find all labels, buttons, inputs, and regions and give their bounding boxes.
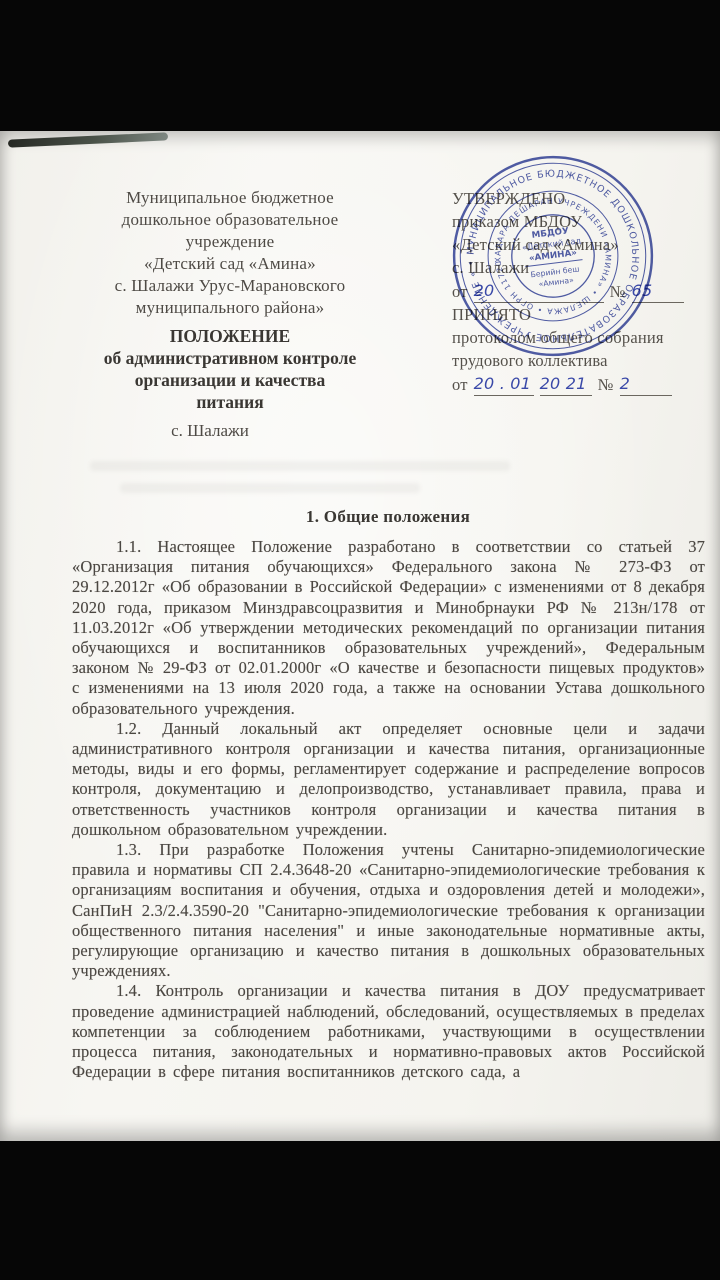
- document-title-line: об административном контроле: [72, 347, 388, 369]
- org-name-line: муниципального района»: [72, 297, 388, 319]
- from-label: от: [452, 373, 468, 396]
- document-title-line: питания: [72, 391, 388, 413]
- document-title: ПОЛОЖЕНИЕ об административном контроле о…: [72, 325, 388, 413]
- ink-bleed-artifact: [120, 483, 420, 493]
- place-line: с. Шалажи: [52, 421, 368, 441]
- paper-page: Муниципальное бюджетное дошкольное образ…: [0, 131, 720, 1141]
- handwritten-protocol-date: 20 . 01: [474, 372, 534, 396]
- protocol-date-line: от 20 . 01 20 21 № 2: [452, 372, 714, 396]
- org-name-block: Муниципальное бюджетное дошкольное образ…: [72, 187, 388, 319]
- body-paragraph: 1.2. Данный локальный акт определяет осн…: [72, 719, 705, 840]
- org-name-line: с. Шалажи Урус-Марановского: [72, 275, 388, 297]
- pen-edge-artifact: [8, 132, 168, 147]
- body-paragraph: 1.3. При разработке Положения учтены Сан…: [72, 840, 705, 981]
- number-sign: №: [598, 373, 614, 396]
- document-title-line: организации и качества: [72, 369, 388, 391]
- handwritten-protocol-number: 2: [620, 372, 672, 396]
- document-title-line: ПОЛОЖЕНИЕ: [72, 325, 388, 347]
- org-name-line: «Детский сад «Амина»: [72, 253, 388, 275]
- org-name-line: Муниципальное бюджетное: [72, 187, 388, 209]
- handwritten-protocol-year: 20 21: [540, 372, 592, 396]
- document-body: 1.1. Настоящее Положение разработано в с…: [72, 537, 705, 1082]
- photo-of-document: Муниципальное бюджетное дошкольное образ…: [0, 0, 720, 1280]
- ink-bleed-artifact: [90, 461, 510, 471]
- section-heading: 1. Общие положения: [72, 507, 704, 527]
- org-name-line: дошкольное образовательное: [72, 209, 388, 231]
- round-stamp-icon: • МУНИЦИПАЛЬНОЕ БЮДЖЕТНОЕ ДОШКОЛЬНОЕ ОБР…: [438, 141, 668, 371]
- body-paragraph: 1.1. Настоящее Положение разработано в с…: [72, 537, 705, 719]
- org-name-line: учреждение: [72, 231, 388, 253]
- body-paragraph: 1.4. Контроль организации и качества пит…: [72, 981, 705, 1082]
